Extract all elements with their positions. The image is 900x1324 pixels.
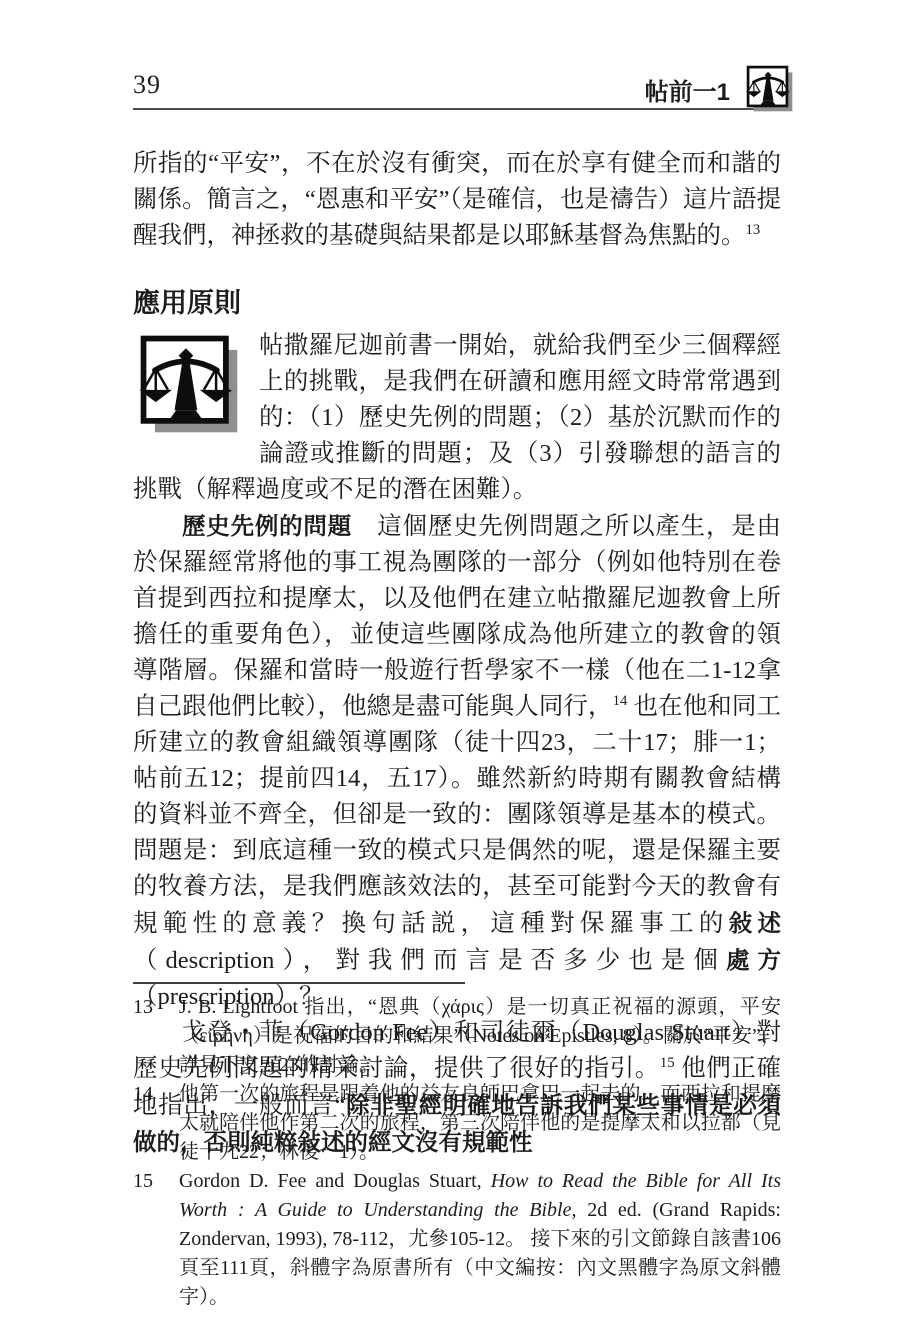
document-page: 39 帖前一1 所指的“平安”，不在於沒有衝突，而在於享有健全而和諧的關係。簡言…	[0, 0, 900, 1324]
footnote-separator	[133, 982, 465, 984]
footnote-text: 他第一次的旅程是跟着他的益友良師巴拿巴一起去的，而西拉和提摩太就陪伴他作第二次的…	[179, 1080, 781, 1167]
footnote-ref-13: 13	[746, 222, 761, 238]
footnote-text: Gordon D. Fee and Douglas Stuart, How to…	[179, 1167, 781, 1312]
footnote-15-authors: Gordon D. Fee and Douglas Stuart,	[179, 1170, 491, 1192]
intro-paragraph: 所指的“平安”，不在於沒有衝突，而在於享有健全而和諧的關係。簡言之，“恩惠和平安…	[133, 146, 781, 254]
footnote-number: 13	[133, 993, 179, 1022]
history-bold-prescription: 處方	[726, 947, 781, 973]
footnote-14: 14 他第一次的旅程是跟着他的益友良師巴拿巴一起去的，而西拉和提摩太就陪伴他作第…	[133, 1080, 781, 1167]
footnote-number: 15	[133, 1167, 179, 1196]
footnote-text: J. B. Lightfoot 指出，“恩典（χάρις）是一切真正祝福的源頭，…	[179, 993, 781, 1080]
application-paragraph: 帖撒羅尼迦前書一開始，就給我們至少三個釋經上的挑戰，是我們在研讀和應用經文時常常…	[133, 328, 781, 508]
intro-text: 所指的“平安”，不在於沒有衝突，而在於享有健全而和諧的關係。簡言之，“恩惠和平安…	[133, 150, 781, 249]
footnote-13: 13 J. B. Lightfoot 指出，“恩典（χάρις）是一切真正祝福的…	[133, 993, 781, 1080]
history-text-3: （description），對我們而言是否多少也是個	[133, 947, 726, 974]
history-text-2: 也在他和同工所建立的教會組織領導團隊（徒十四23，二十17；腓一1；帖前五12；…	[133, 693, 781, 937]
running-header: 帖前一1	[645, 72, 730, 107]
footnote-number: 14	[133, 1080, 179, 1109]
history-text-1: 這個歷史先例問題之所以產生，是由於保羅經常將他的事工視為團隊的一部分（例如他特別…	[133, 513, 781, 720]
history-lead-bold: 歷史先例的問題	[182, 513, 352, 539]
section-heading: 應用原則	[133, 288, 781, 318]
footnotes-section: 13 J. B. Lightfoot 指出，“恩典（χάρις）是一切真正祝福的…	[133, 982, 781, 1312]
page-number: 39	[133, 70, 161, 100]
header-rule	[133, 108, 781, 110]
scales-icon	[744, 64, 796, 114]
footnote-15: 15 Gordon D. Fee and Douglas Stuart, How…	[133, 1167, 781, 1312]
history-precedent-paragraph: 歷史先例的問題 這個歷史先例問題之所以產生，是由於保羅經常將他的事工視為團隊的一…	[133, 508, 781, 1015]
history-bold-description: 敍述	[729, 910, 781, 936]
footnote-ref-14: 14	[613, 693, 628, 709]
scales-icon	[137, 332, 243, 438]
